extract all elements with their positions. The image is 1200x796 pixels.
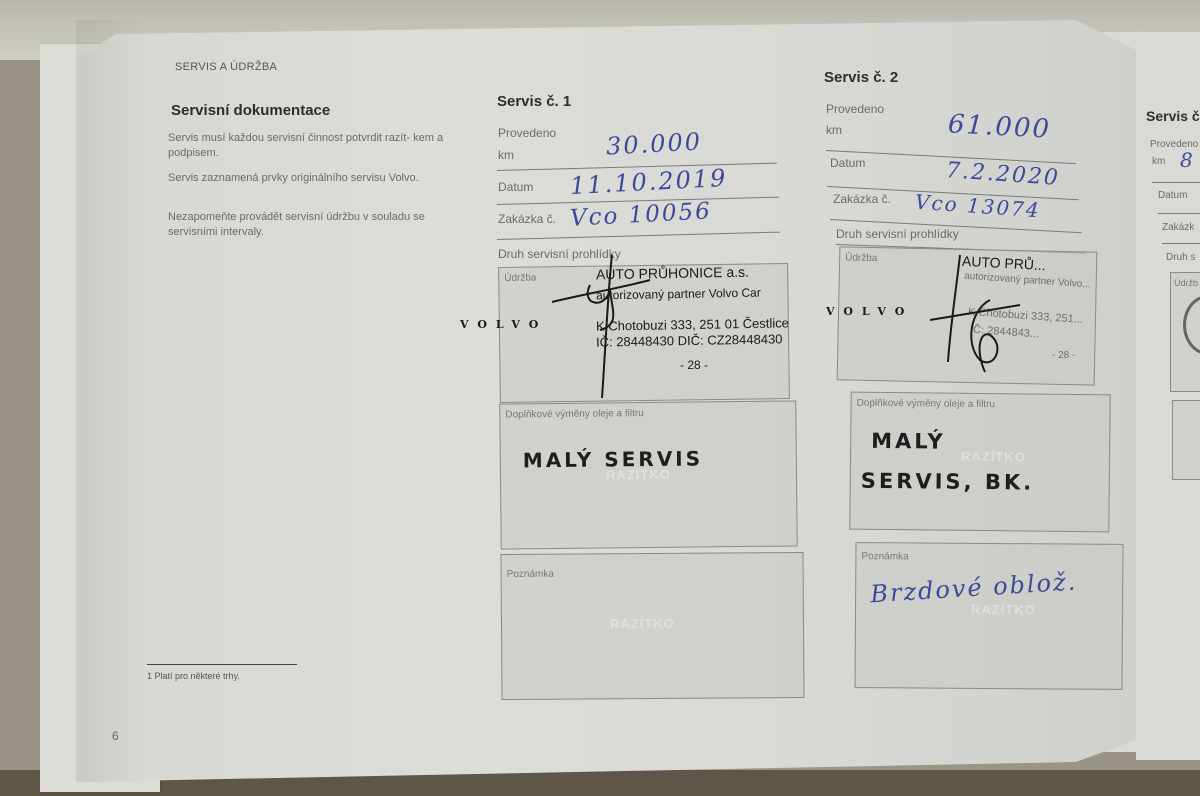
- order-label: Zakázka č.: [833, 192, 891, 206]
- oil-filter-label: Doplňkové výměny oleje a filtru: [857, 398, 996, 410]
- note-box: Poznámka RAZÍTKO: [500, 552, 804, 700]
- order-label: Zakázka č.: [498, 212, 556, 226]
- km-label: Provedeno: [826, 102, 884, 116]
- footnote-divider: [147, 664, 297, 665]
- volvo-stamp-logo: VOLVO: [826, 305, 913, 318]
- date-label: Datum: [1158, 190, 1187, 201]
- volvo-stamp-logo: VOLVO: [460, 318, 547, 331]
- date-label: Datum: [830, 156, 865, 170]
- km-value: 8: [1180, 148, 1195, 172]
- oil-filter-box: Doplňkové výměny oleje a filtru RAZÍTKO …: [849, 392, 1110, 533]
- km-label-unit: km: [1152, 156, 1165, 167]
- note-box: Poznámka RAZÍTKO Brzdové oblož.: [854, 542, 1123, 690]
- stamp-watermark: RAZÍTKO: [961, 449, 1026, 465]
- instruction-paragraph: Servis musí každou servisní činnost potv…: [168, 131, 468, 161]
- section-label: SERVIS A ÚDRŽBA: [175, 61, 277, 73]
- stamp-number: - 28 -: [1052, 350, 1075, 361]
- oil-filter-note: MALÝ SERVIS: [523, 446, 703, 472]
- order-label: Zakázk: [1162, 222, 1194, 233]
- oil-filter-box: Doplňkové výměny oleje a filtru RAZÍTKO …: [499, 400, 798, 549]
- date-label: Datum: [498, 180, 533, 194]
- note-label: Poznámka: [507, 569, 554, 580]
- note-label: Poznámka: [861, 551, 908, 562]
- km-label-unit: km: [826, 123, 842, 137]
- instruction-paragraph: Servis zaznamená prvky originálního serv…: [168, 171, 468, 186]
- oil-filter-label: Doplňkové výměny oleje a filtru: [505, 408, 644, 420]
- service-record-3-partial: Servis č. Provedeno km 8 Datum Zakázk Dr…: [1136, 0, 1200, 796]
- footnote: 1 Platí pro některé trhy.: [147, 671, 240, 681]
- form-rule: [1162, 243, 1200, 244]
- km-label-unit: km: [498, 148, 514, 162]
- page-title: Servisní dokumentace: [171, 102, 330, 119]
- service-title: Servis č.: [1146, 108, 1200, 124]
- signature: [550, 250, 670, 400]
- stamp-watermark: RAZÍTKO: [610, 616, 675, 631]
- stamp-watermark: RAZÍTKO: [971, 602, 1036, 617]
- form-rule: [1152, 182, 1200, 183]
- maintenance-label: Údržb: [1174, 278, 1198, 288]
- oil-filter-note-line2: SERVIS, BK.: [861, 469, 1035, 495]
- maintenance-box: Údržb: [1170, 272, 1200, 392]
- service-title: Servis č. 1: [497, 93, 571, 110]
- round-stamp: [1183, 295, 1200, 355]
- form-rule: [1158, 213, 1200, 214]
- maintenance-label: Údržba: [845, 252, 877, 264]
- oil-filter-box: [1172, 400, 1200, 480]
- inspection-type-label: Druh s: [1166, 252, 1195, 263]
- maintenance-label: Údržba: [504, 272, 536, 283]
- km-label: Provedeno: [498, 126, 556, 140]
- oil-filter-note-line1: MALÝ: [871, 429, 946, 454]
- page-number: 6: [112, 729, 119, 743]
- inspection-type-label: Druh servisní prohlídky: [836, 227, 959, 241]
- km-value: 61.000: [947, 109, 1051, 144]
- stamp-number: - 28 -: [680, 358, 708, 372]
- service-title: Servis č. 2: [824, 69, 898, 86]
- signature: [920, 250, 1030, 380]
- instruction-paragraph: Nezapomeňte provádět servisní údržbu v s…: [168, 210, 468, 240]
- km-value: 30.000: [605, 128, 702, 161]
